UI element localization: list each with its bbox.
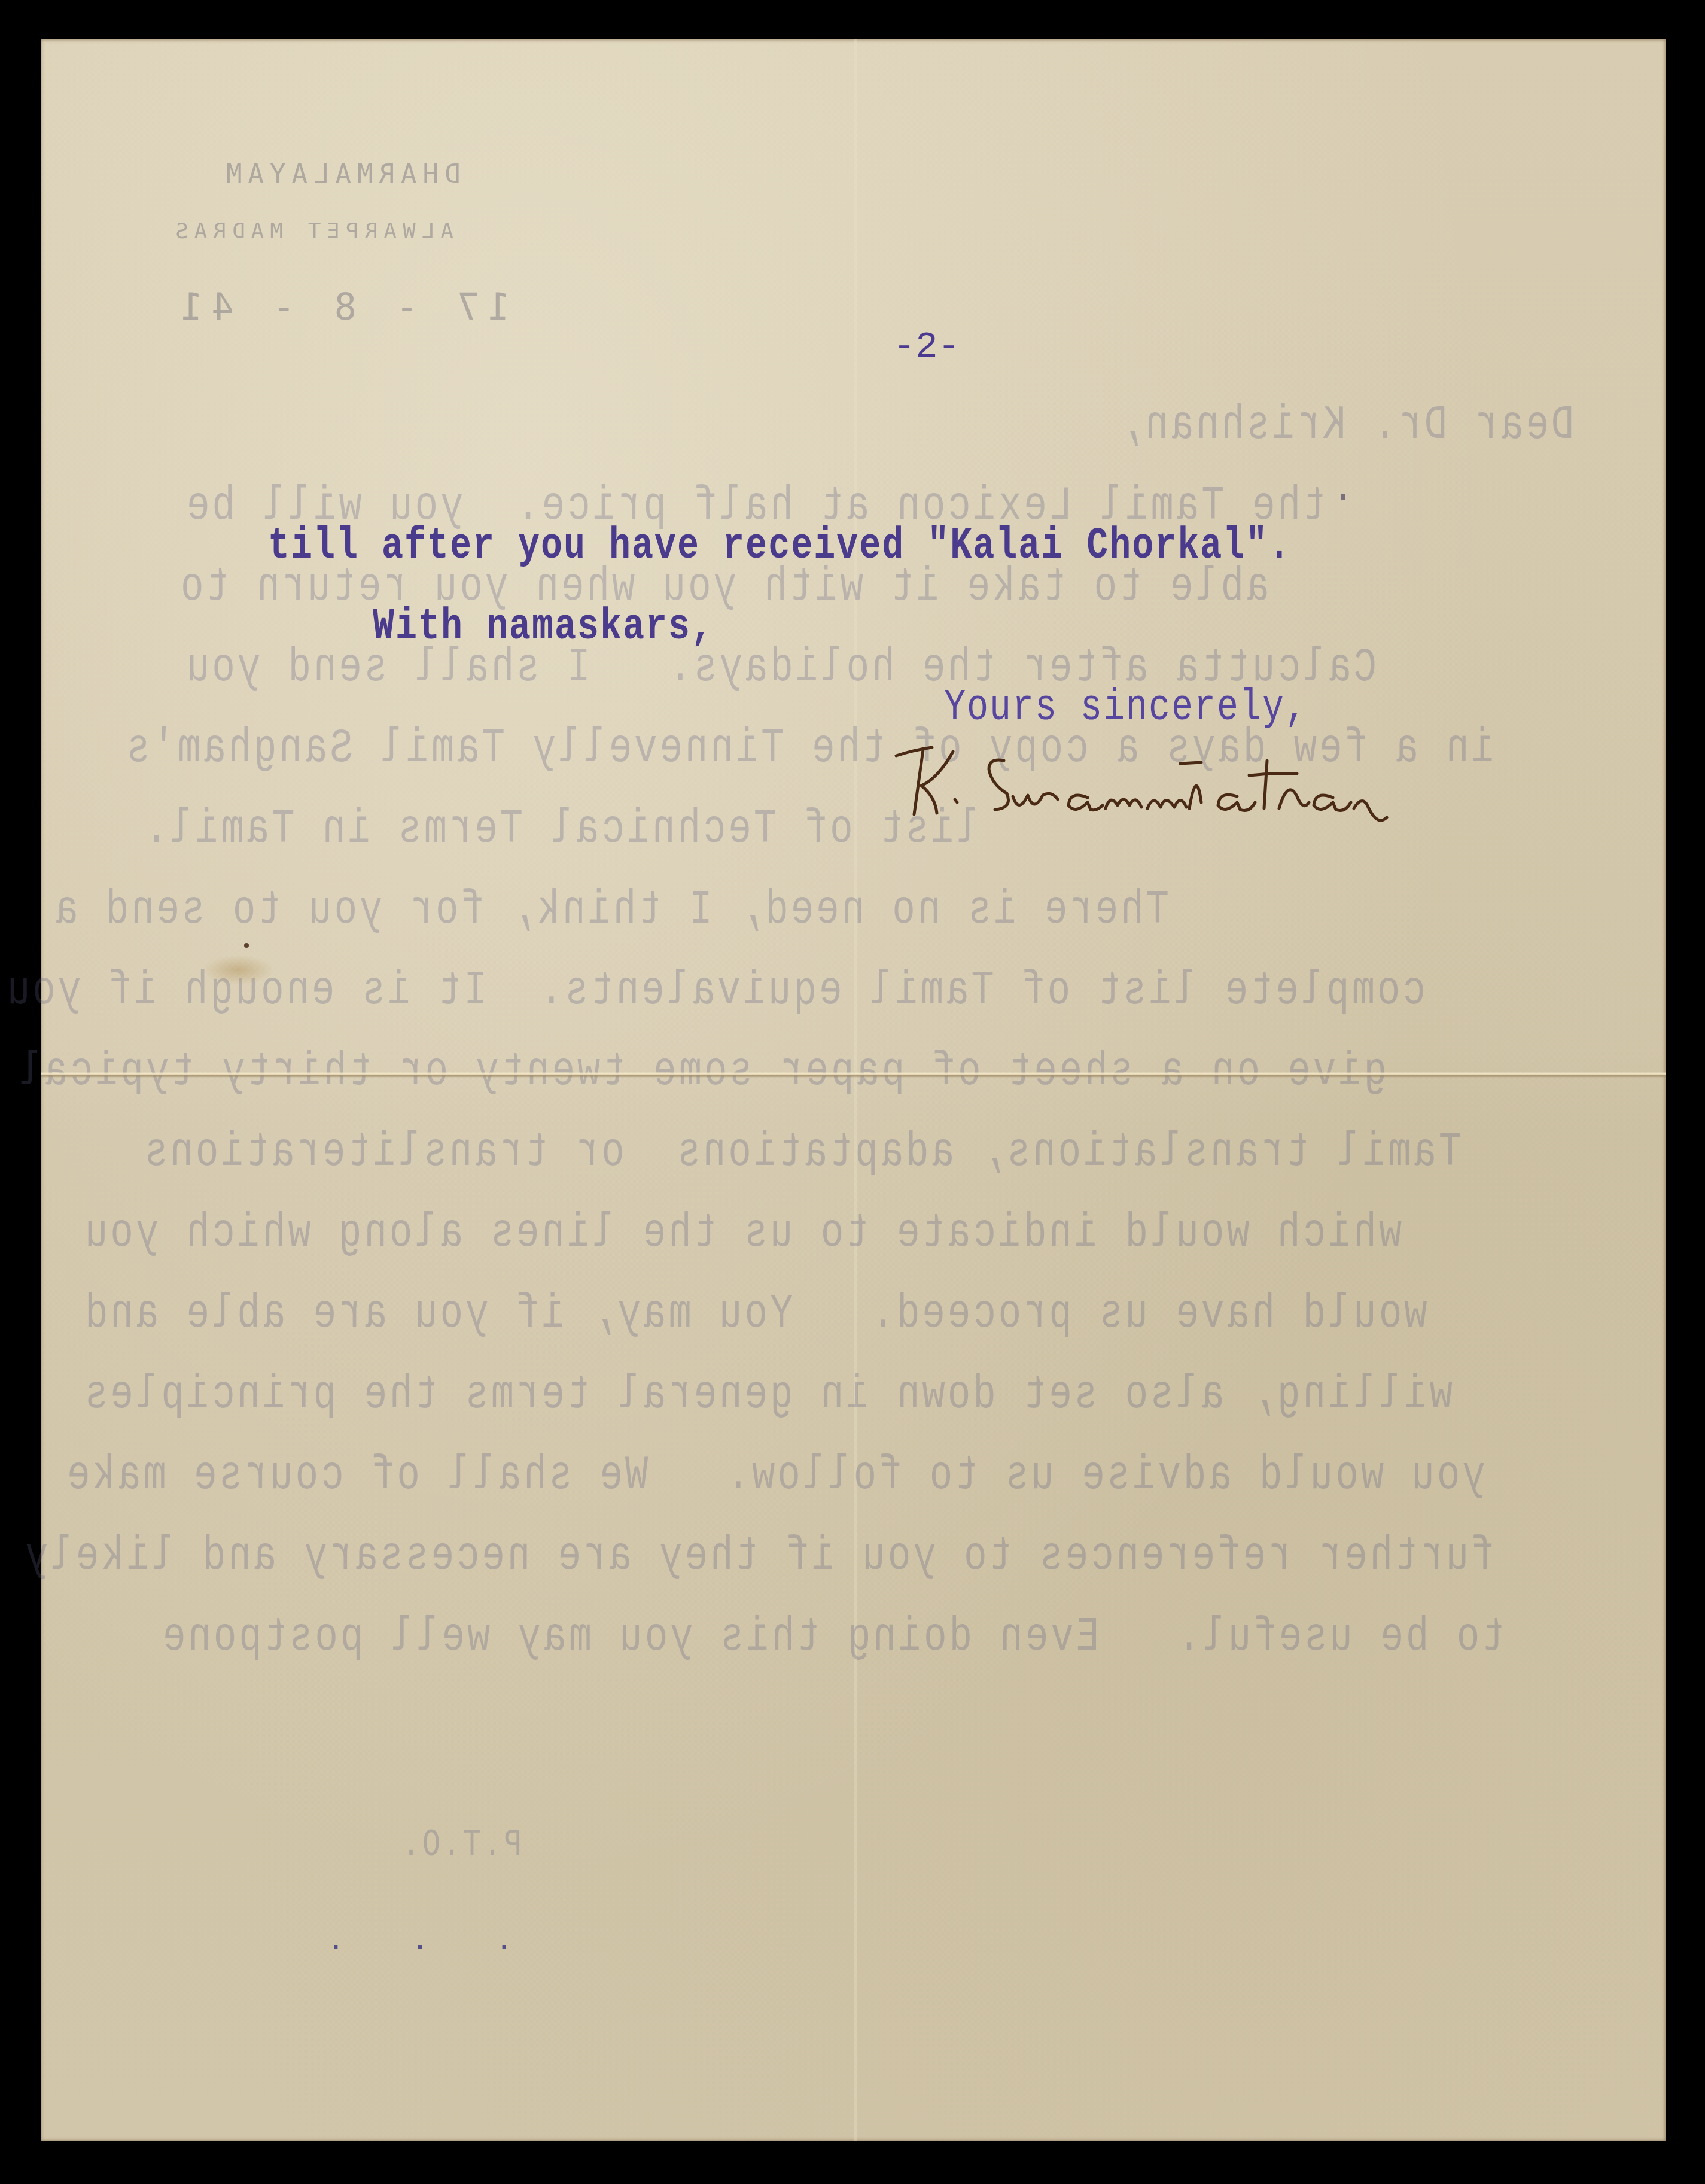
- show-through-letterhead-address: ALWARPET MADRAS: [169, 219, 453, 244]
- show-through-salutation: Dear Dr. Krishnan,: [1118, 399, 1574, 453]
- show-through-date: 17 - 8 - 41: [172, 285, 510, 328]
- stain-mark: [202, 955, 274, 985]
- letter-page: DHARMALAYAM ALWARPET MADRAS 17 - 8 - 41 …: [41, 39, 1666, 2141]
- body-closing-line: till after you have received "Kalai Chor…: [268, 521, 1291, 572]
- show-through-line: Tamil translations, adaptations or trans…: [142, 1126, 1462, 1180]
- valediction: Yours sincerely,: [944, 683, 1308, 734]
- page-number: -2-: [893, 326, 960, 368]
- postscript-dots: . . .: [328, 1927, 538, 1957]
- horizontal-fold-crease: [41, 1072, 1666, 1078]
- show-through-letterhead-name: DHARMALAYAM: [220, 159, 460, 190]
- show-through-line: willing, also set down in general terms …: [83, 1368, 1453, 1422]
- show-through-pto: P.T.O.: [400, 1824, 522, 1867]
- show-through-line: you would advise us to follow. We shall …: [65, 1449, 1485, 1503]
- show-through-line: which would indicate to us the lines alo…: [83, 1207, 1402, 1261]
- show-through-line: list of Technical Terms in Tamil.: [142, 803, 979, 857]
- ink-speck: [244, 943, 249, 948]
- handwritten-signature: K. Swaminathan: [890, 743, 1698, 826]
- show-through-line: There is no need, I think, for you to se…: [53, 884, 1169, 938]
- show-through-line: to be useful. Even doing this you may we…: [160, 1611, 1505, 1665]
- show-through-line: would have us proceed. You may, if you a…: [83, 1288, 1427, 1342]
- greeting-closing: With namaskars,: [373, 602, 714, 653]
- stray-mark: [1341, 494, 1345, 500]
- show-through-line: further references to you if they are ne…: [23, 1530, 1494, 1584]
